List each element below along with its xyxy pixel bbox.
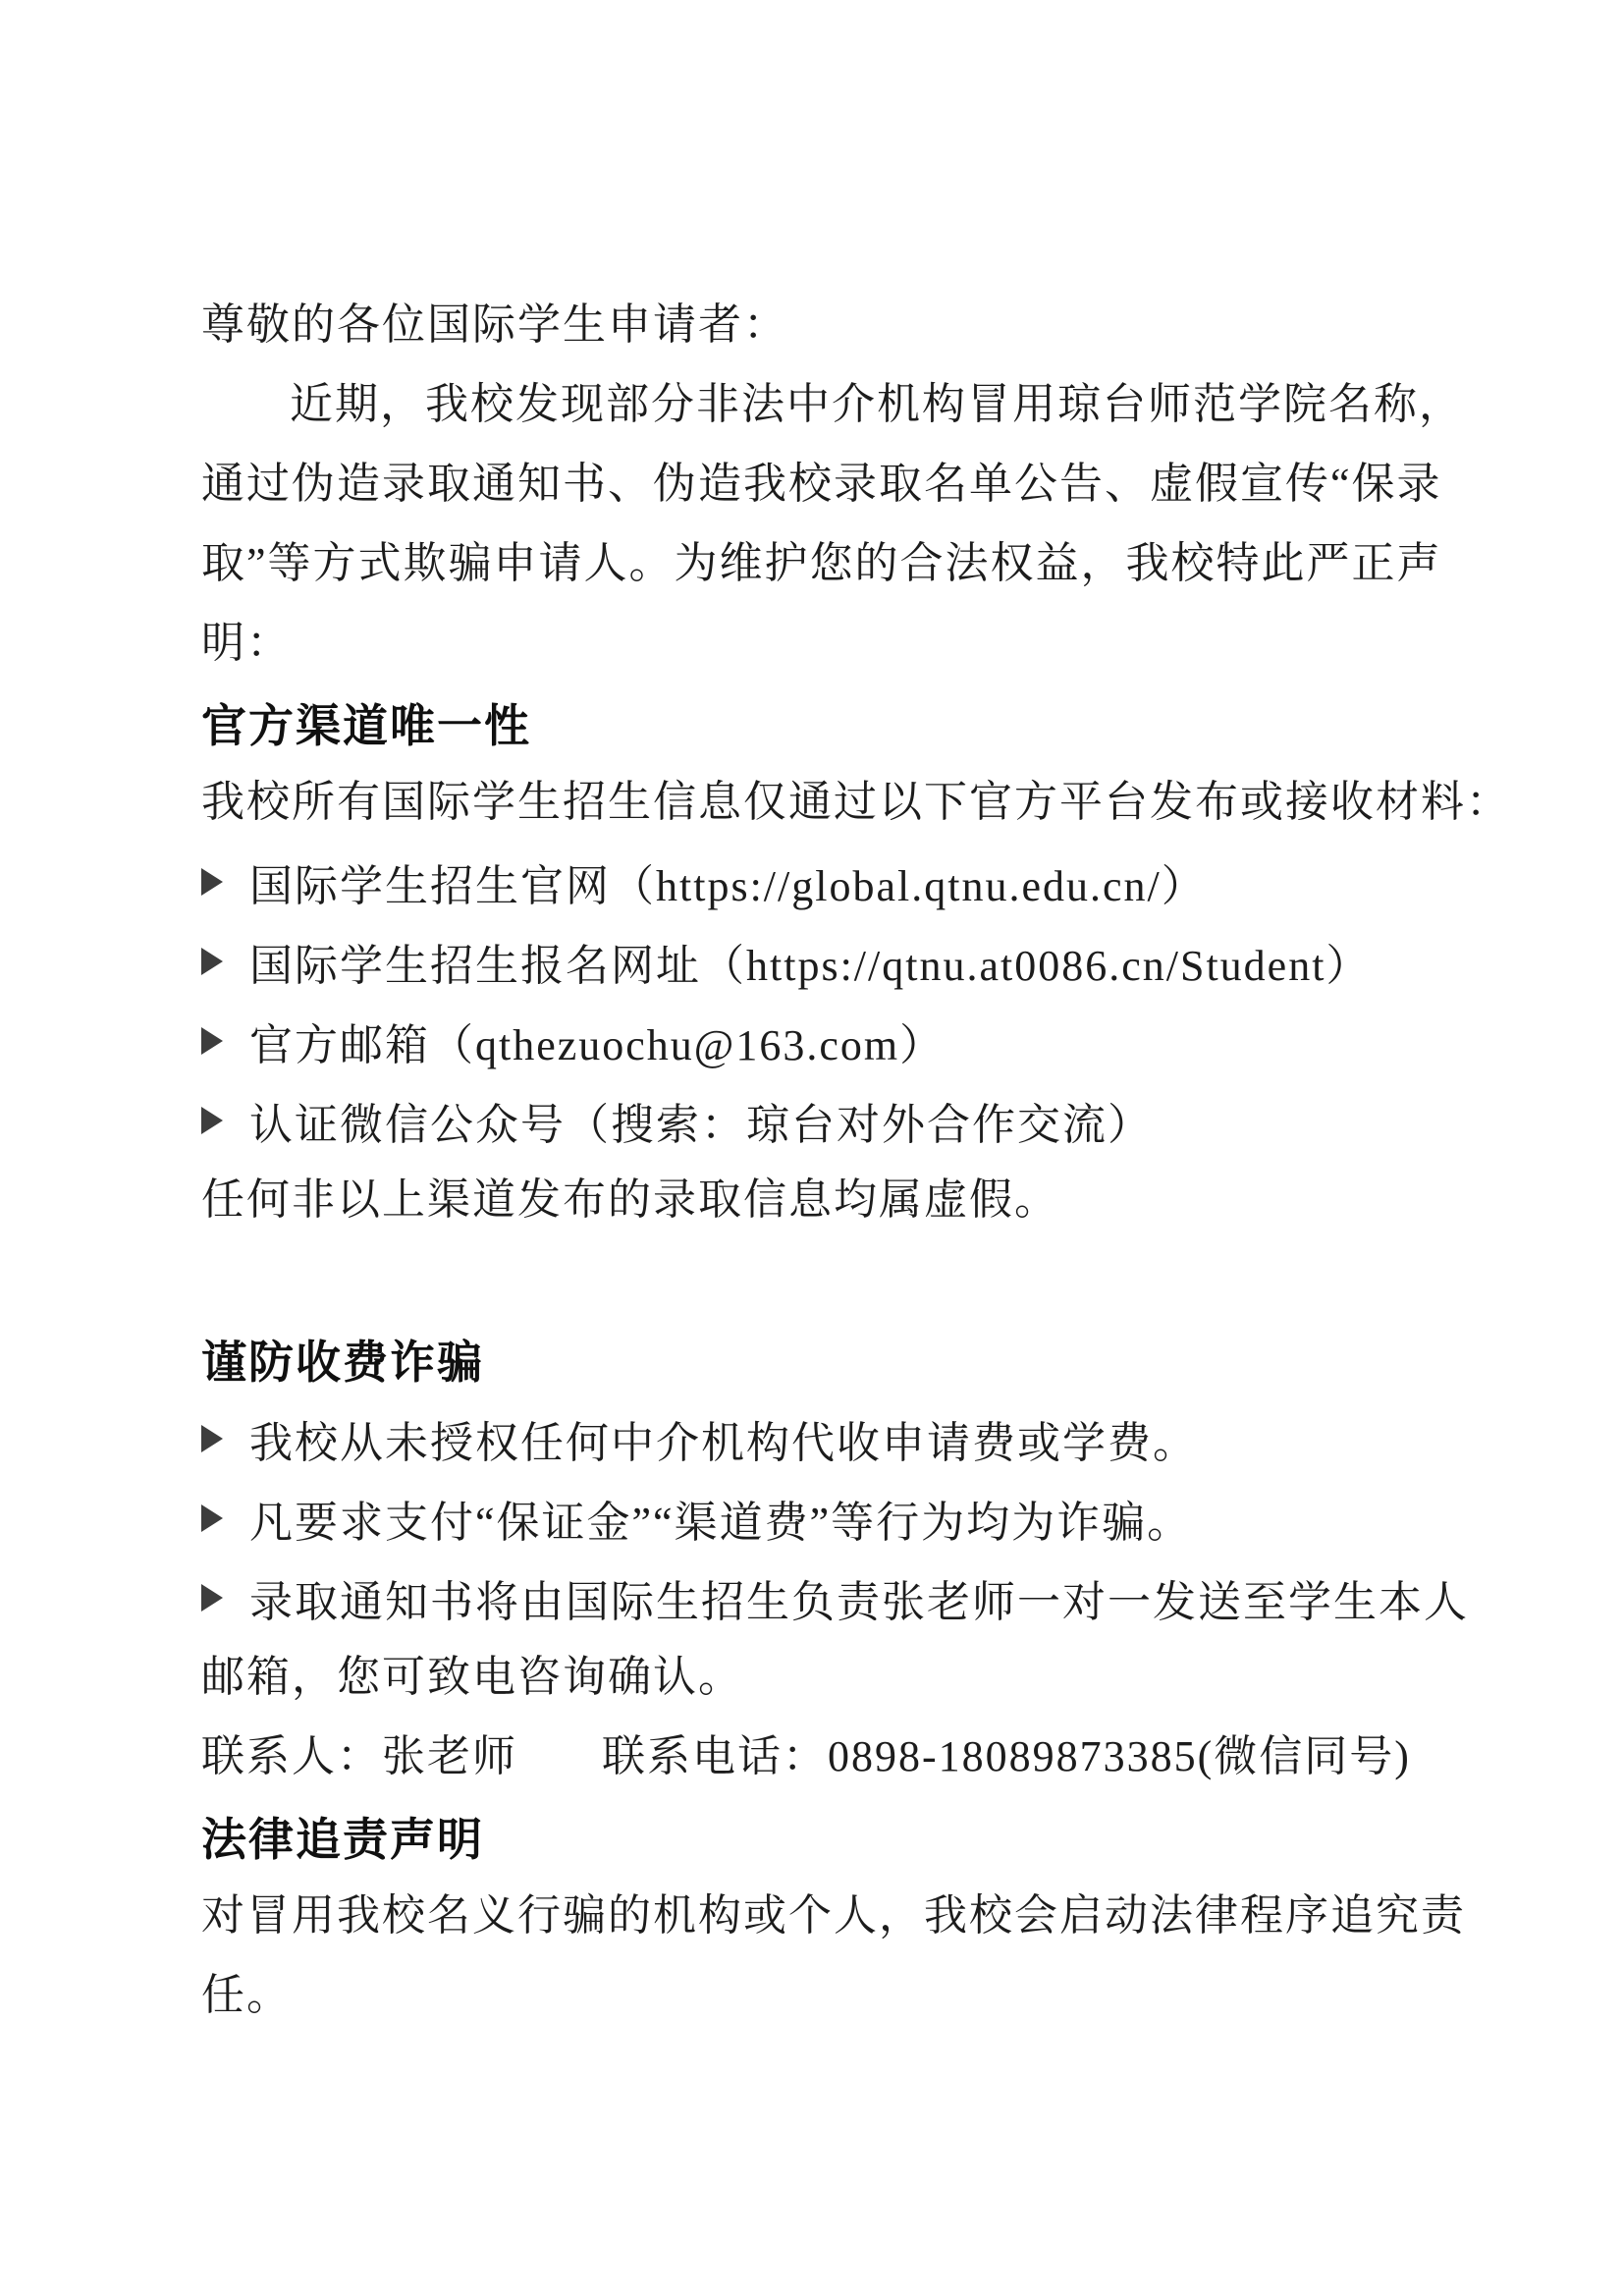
intro-line-1: 近期，我校发现部分非法中介机构冒用琼台师范学院名称，: [201, 364, 1475, 444]
official-channel-item-application-site: 国际学生招生报名网址（https://qtnu.at0086.cn/Studen…: [201, 921, 1475, 1001]
bullet-text: 国际学生招生报名网址（https://qtnu.at0086.cn/Studen…: [249, 930, 1371, 993]
official-channel-item-email: 官方邮箱（qthezuochu@163.com）: [201, 1001, 1475, 1080]
fee-fraud-item-admission-letter-continuation: 邮箱，您可致电咨询确认。: [201, 1637, 1475, 1717]
bullet-triangle-icon: [201, 868, 223, 896]
bullet-triangle-icon: [201, 1027, 223, 1055]
bullet-text: 认证微信公众号（搜索：琼台对外合作交流）: [249, 1089, 1153, 1152]
section-heading-official-channels: 官方渠道唯一性: [201, 683, 1475, 762]
fee-fraud-item-admission-letter: 录取通知书将由国际生招生负责张老师一对一发送至学生本人: [201, 1558, 1475, 1637]
contact-line: 联系人：张老师联系电话：0898-18089873385(微信同号): [201, 1717, 1475, 1796]
intro-line-3: 取”等方式欺骗申请人。为维护您的合法权益，我校特此严正声: [201, 523, 1475, 603]
official-channels-note: 任何非以上渠道发布的录取信息均属虚假。: [201, 1160, 1475, 1239]
bullet-text: 凡要求支付“保证金”“渠道费”等行为均为诈骗。: [249, 1487, 1192, 1550]
contact-phone-number: 0898-18089873385(微信同号): [828, 1732, 1411, 1780]
fee-fraud-item-deposit-scam: 凡要求支付“保证金”“渠道费”等行为均为诈骗。: [201, 1478, 1475, 1558]
document-page: 尊敬的各位国际学生申请者： 近期，我校发现部分非法中介机构冒用琼台师范学院名称，…: [0, 0, 1622, 2296]
salutation-line: 尊敬的各位国际学生申请者：: [201, 285, 1475, 364]
legal-line-2: 任。: [201, 1955, 1475, 2035]
bullet-triangle-icon: [201, 1504, 223, 1532]
bullet-triangle-icon: [201, 1107, 223, 1134]
bullet-text: 官方邮箱（qthezuochu@163.com）: [249, 1010, 945, 1072]
bullet-triangle-icon: [201, 1425, 223, 1452]
bullet-triangle-icon: [201, 1584, 223, 1612]
legal-line-1: 对冒用我校名义行骗的机构或个人，我校会启动法律程序追究责: [201, 1876, 1475, 1955]
fee-fraud-item-no-agency: 我校从未授权任何中介机构代收申请费或学费。: [201, 1398, 1475, 1478]
official-channels-lead: 我校所有国际学生招生信息仅通过以下官方平台发布或接收材料：: [201, 762, 1475, 842]
section-heading-fee-fraud: 谨防收费诈骗: [201, 1319, 1475, 1398]
bullet-text: 录取通知书将由国际生招生负责张老师一对一发送至学生本人: [249, 1566, 1469, 1629]
contact-person-label: 联系人：: [201, 1732, 382, 1780]
contact-person-name: 张老师: [382, 1732, 517, 1780]
section-heading-legal: 法律追责声明: [201, 1796, 1475, 1876]
official-channel-item-website: 国际学生招生官网（https://global.qtnu.edu.cn/）: [201, 842, 1475, 921]
bullet-text: 国际学生招生官网（https://global.qtnu.edu.cn/）: [249, 850, 1207, 913]
document-body: 尊敬的各位国际学生申请者： 近期，我校发现部分非法中介机构冒用琼台师范学院名称，…: [201, 285, 1475, 2035]
bullet-triangle-icon: [201, 948, 223, 975]
intro-line-4: 明：: [201, 603, 1475, 683]
contact-phone-label: 联系电话：: [602, 1717, 828, 1796]
intro-line-2: 通过伪造录取通知书、伪造我校录取名单公告、虚假宣传“保录: [201, 444, 1475, 523]
official-channel-item-wechat: 认证微信公众号（搜索：琼台对外合作交流）: [201, 1080, 1475, 1160]
bullet-text: 我校从未授权任何中介机构代收申请费或学费。: [249, 1407, 1198, 1470]
blank-line: [201, 1239, 1475, 1319]
